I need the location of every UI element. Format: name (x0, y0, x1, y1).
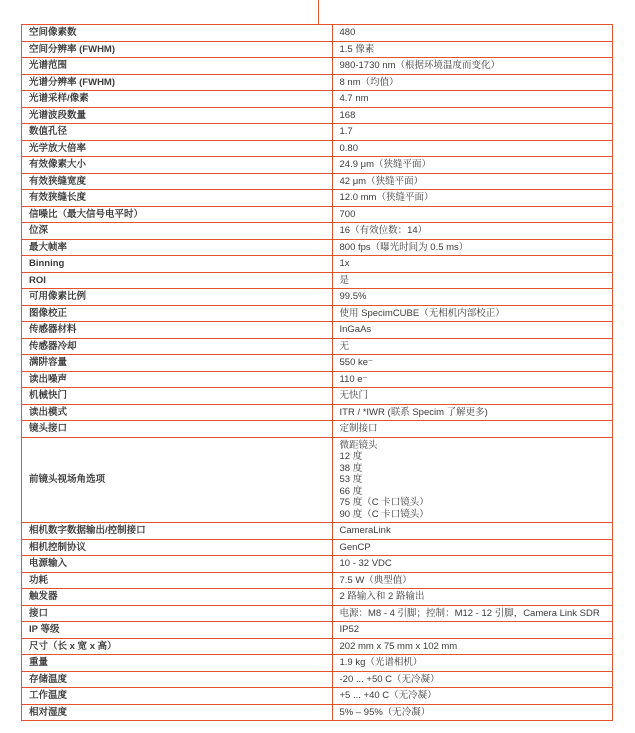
table-row: 光谱范围 980-1730 nm（根据环境温度而变化） (22, 58, 613, 75)
spec-label: 有效狭缝宽度 (22, 173, 333, 190)
table-row: 接口 电源：M8 - 4 引脚；控制：M12 - 12 引脚，Camera Li… (22, 605, 613, 622)
spec-value: 定制接口 (332, 421, 613, 438)
spec-label: 重量 (22, 655, 333, 672)
spec-value: 微距镜头 12 度 38 度 53 度 66 度 75 度（C 卡口镜头） 90… (332, 437, 613, 523)
spec-value: 99.5% (332, 289, 613, 306)
spec-value: +5 ... +40 C（无冷凝） (332, 688, 613, 705)
spec-label: 满阱容量 (22, 355, 333, 372)
spec-label: 光谱波段数量 (22, 107, 333, 124)
table-row: 相对湿度 5% – 95%（无冷凝） (22, 704, 613, 721)
table-row: IP 等级 IP52 (22, 622, 613, 639)
spec-value: 电源：M8 - 4 引脚；控制：M12 - 12 引脚，Camera Link … (332, 605, 613, 622)
spec-label: 机械快门 (22, 388, 333, 405)
spec-value: 24.9 μm（狭缝平面） (332, 157, 613, 174)
spec-label: IP 等级 (22, 622, 333, 639)
spec-value: 1x (332, 256, 613, 273)
table-row: 数值孔径 1.7 (22, 124, 613, 141)
spec-value: 8 nm（均值） (332, 74, 613, 91)
table-row: 存储温度 -20 ... +50 C（无冷凝） (22, 671, 613, 688)
table-row: 相机数字数据输出/控制接口 CameraLink (22, 523, 613, 540)
spec-label: 有效像素大小 (22, 157, 333, 174)
table-row: 光谱波段数量 168 (22, 107, 613, 124)
spec-label: 工作温度 (22, 688, 333, 705)
spec-label: 图像校正 (22, 305, 333, 322)
spec-label: 传感器材料 (22, 322, 333, 339)
spec-label: 接口 (22, 605, 333, 622)
spec-value: 2 路输入和 2 路输出 (332, 589, 613, 606)
spec-value: 使用 SpecimCUBE（无相机内部校正） (332, 305, 613, 322)
table-row: 触发器 2 路输入和 2 路输出 (22, 589, 613, 606)
spec-table-body: 空间像素数 480 空间分辨率 (FWHM) 1.5 像素 光谱范围 980-1… (22, 25, 613, 721)
spec-label: 相机数字数据输出/控制接口 (22, 523, 333, 540)
spec-label: 存储温度 (22, 671, 333, 688)
table-row: 机械快门 无快门 (22, 388, 613, 405)
spec-value: 980-1730 nm（根据环境温度而变化） (332, 58, 613, 75)
spec-label: 可用像素比例 (22, 289, 333, 306)
spec-label: 光学放大倍率 (22, 140, 333, 157)
spec-label: 光谱采样/像素 (22, 91, 333, 108)
spec-label: 电源输入 (22, 556, 333, 573)
table-row: 功耗 7.5 W（典型值） (22, 572, 613, 589)
table-row: 电源输入 10 - 32 VDC (22, 556, 613, 573)
table-row: 光谱分辨率 (FWHM) 8 nm（均值） (22, 74, 613, 91)
spec-label: 相机控制协议 (22, 539, 333, 556)
spec-label: 尺寸（长 x 宽 x 高） (22, 638, 333, 655)
spec-value: CameraLink (332, 523, 613, 540)
table-row: 前镜头视场角选项 微距镜头 12 度 38 度 53 度 66 度 75 度（C… (22, 437, 613, 523)
table-row: 有效狭缝宽度 42 μm（狭缝平面） (22, 173, 613, 190)
table-row: 有效狭缝长度 12.0 mm（狭缝平面） (22, 190, 613, 207)
table-row: 读出模式 ITR / *IWR (联系 Specim 了解更多) (22, 404, 613, 421)
spec-value: 1.9 kg（光谱相机） (332, 655, 613, 672)
table-row: 光学放大倍率 0.80 (22, 140, 613, 157)
spec-value: 480 (332, 25, 613, 42)
spec-label: 相对湿度 (22, 704, 333, 721)
spec-label: 位深 (22, 223, 333, 240)
table-row: 空间分辨率 (FWHM) 1.5 像素 (22, 41, 613, 58)
spec-label: 数值孔径 (22, 124, 333, 141)
spec-label: 读出模式 (22, 404, 333, 421)
spec-label: 传感器冷却 (22, 338, 333, 355)
table-row: 相机控制协议 GenCP (22, 539, 613, 556)
spec-value: ITR / *IWR (联系 Specim 了解更多) (332, 404, 613, 421)
camera-spec-table: 空间像素数 480 空间分辨率 (FWHM) 1.5 像素 光谱范围 980-1… (21, 24, 613, 721)
table-row: 最大帧率 800 fps（曝光时间为 0.5 ms） (22, 239, 613, 256)
spec-value: 700 (332, 206, 613, 223)
table-row: 信噪比（最大信号电平时） 700 (22, 206, 613, 223)
table-row: 位深 16（有效位数：14） (22, 223, 613, 240)
spec-label: 触发器 (22, 589, 333, 606)
spec-label: 最大帧率 (22, 239, 333, 256)
spec-label: 信噪比（最大信号电平时） (22, 206, 333, 223)
table-row: 读出噪声 110 e⁻ (22, 371, 613, 388)
table-row: 有效像素大小 24.9 μm（狭缝平面） (22, 157, 613, 174)
spec-value: 5% – 95%（无冷凝） (332, 704, 613, 721)
table-row: 重量 1.9 kg（光谱相机） (22, 655, 613, 672)
table-row: Binning 1x (22, 256, 613, 273)
spec-value: 7.5 W（典型值） (332, 572, 613, 589)
spec-value: 202 mm x 75 mm x 102 mm (332, 638, 613, 655)
column-divider-above-table (318, 0, 319, 25)
spec-label: 镜头接口 (22, 421, 333, 438)
spec-value: 是 (332, 272, 613, 289)
spec-label: 空间分辨率 (FWHM) (22, 41, 333, 58)
spec-value: IP52 (332, 622, 613, 639)
table-row: 工作温度 +5 ... +40 C（无冷凝） (22, 688, 613, 705)
table-row: 可用像素比例 99.5% (22, 289, 613, 306)
spec-value: 无 (332, 338, 613, 355)
spec-label: 光谱分辨率 (FWHM) (22, 74, 333, 91)
spec-value: 16（有效位数：14） (332, 223, 613, 240)
spec-label: 空间像素数 (22, 25, 333, 42)
spec-label: 读出噪声 (22, 371, 333, 388)
spec-label: Binning (22, 256, 333, 273)
table-row: 尺寸（长 x 宽 x 高） 202 mm x 75 mm x 102 mm (22, 638, 613, 655)
spec-value: 0.80 (332, 140, 613, 157)
spec-value: 无快门 (332, 388, 613, 405)
spec-value: InGaAs (332, 322, 613, 339)
spec-label: 光谱范围 (22, 58, 333, 75)
spec-value: 4.7 nm (332, 91, 613, 108)
spec-value: 110 e⁻ (332, 371, 613, 388)
spec-label: 前镜头视场角选项 (22, 437, 333, 523)
spec-label: 功耗 (22, 572, 333, 589)
spec-value: -20 ... +50 C（无冷凝） (332, 671, 613, 688)
table-row: 镜头接口 定制接口 (22, 421, 613, 438)
spec-value: 10 - 32 VDC (332, 556, 613, 573)
spec-value: 550 ke⁻ (332, 355, 613, 372)
spec-value: 12.0 mm（狭缝平面） (332, 190, 613, 207)
spec-value: GenCP (332, 539, 613, 556)
spec-value: 1.7 (332, 124, 613, 141)
table-row: 空间像素数 480 (22, 25, 613, 42)
spec-value: 800 fps（曝光时间为 0.5 ms） (332, 239, 613, 256)
spec-value: 1.5 像素 (332, 41, 613, 58)
spec-value: 42 μm（狭缝平面） (332, 173, 613, 190)
spec-label: 有效狭缝长度 (22, 190, 333, 207)
table-row: 传感器材料 InGaAs (22, 322, 613, 339)
table-row: 满阱容量 550 ke⁻ (22, 355, 613, 372)
table-row: ROI 是 (22, 272, 613, 289)
spec-value: 168 (332, 107, 613, 124)
table-row: 图像校正 使用 SpecimCUBE（无相机内部校正） (22, 305, 613, 322)
spec-label: ROI (22, 272, 333, 289)
table-row: 光谱采样/像素 4.7 nm (22, 91, 613, 108)
table-row: 传感器冷却 无 (22, 338, 613, 355)
